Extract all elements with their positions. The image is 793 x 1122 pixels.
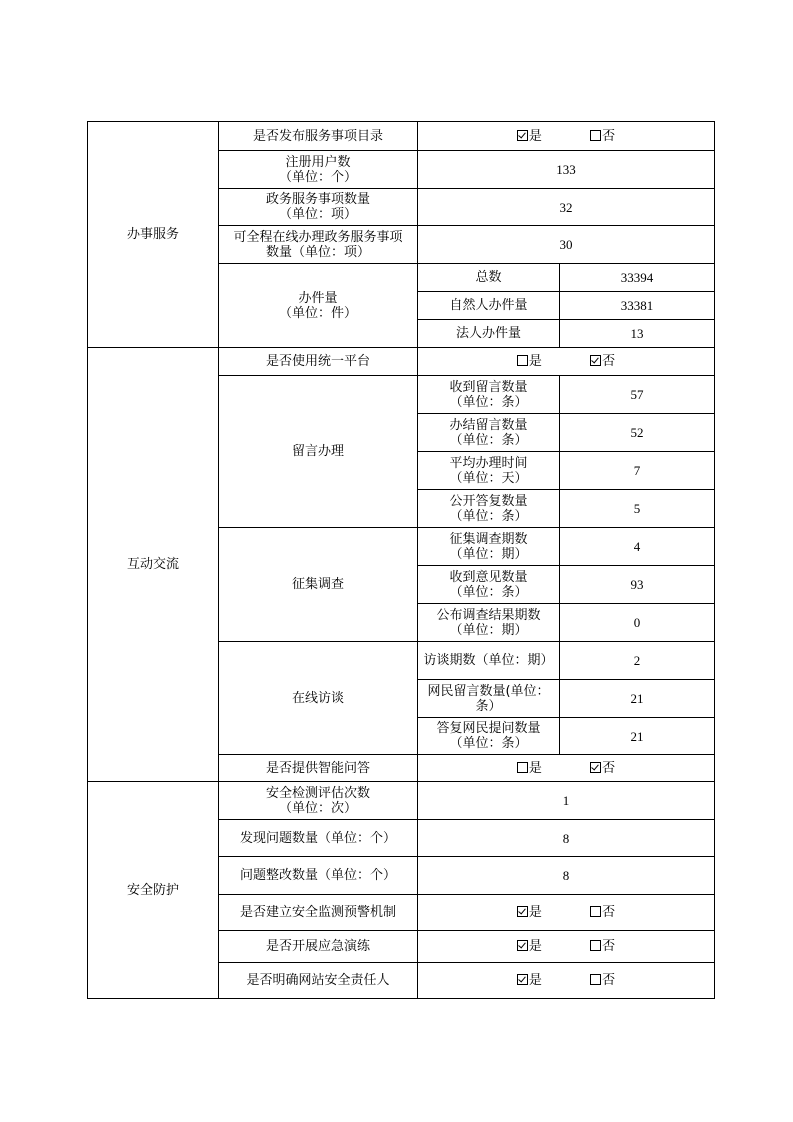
row-label: 是否发布服务事项目录 [219,122,418,151]
sub-label: 收到留言数量（单位：条） [418,376,560,414]
row-label: 是否开展应急演练 [219,931,418,963]
table-row: 互动交流 是否使用统一平台 是 否 [88,348,715,376]
sub-label: 收到意见数量（单位：条） [418,566,560,604]
value-cell: 13 [560,320,715,348]
value-cell: 52 [560,414,715,452]
website-report-table: 办事服务 是否发布服务事项目录 是 否 注册用户数（单位：个） 133 政务服务… [87,121,715,999]
sub-label: 公开答复数量（单位：条） [418,490,560,528]
group-label: 征集调查 [219,528,418,642]
checkbox-empty-icon[interactable] [590,906,601,917]
checkbox-checked-icon[interactable] [590,762,601,773]
value-cell: 2 [560,642,715,680]
sub-label: 平均办理时间（单位：天） [418,452,560,490]
row-label: 问题整改数量（单位：个） [219,857,418,895]
yes-no-field: 是 否 [418,931,715,963]
row-label: 是否使用统一平台 [219,348,418,376]
yes-no-field: 是 否 [418,755,715,782]
row-label: 是否提供智能问答 [219,755,418,782]
value-cell: 21 [560,718,715,755]
value-cell: 32 [418,189,715,226]
sub-label: 答复网民提问数量（单位：条） [418,718,560,755]
sub-label: 公布调查结果期数（单位：期） [418,604,560,642]
checkbox-checked-icon[interactable] [517,906,528,917]
row-label: 办件量（单位：件） [219,264,418,348]
sub-label: 网民留言数量(单位：条） [418,680,560,718]
row-label: 安全检测评估次数（单位：次） [219,782,418,820]
checkbox-empty-icon[interactable] [590,974,601,985]
value-cell: 8 [418,857,715,895]
table-row: 办事服务 是否发布服务事项目录 是 否 [88,122,715,151]
value-cell: 7 [560,452,715,490]
group-label: 留言办理 [219,376,418,528]
yes-no-field: 是 否 [418,122,715,151]
value-cell: 21 [560,680,715,718]
value-cell: 33394 [560,264,715,292]
row-label: 是否建立安全监测预警机制 [219,895,418,931]
checkbox-checked-icon[interactable] [517,940,528,951]
checkbox-checked-icon[interactable] [517,130,528,141]
value-cell: 0 [560,604,715,642]
sub-label: 法人办件量 [418,320,560,348]
sub-label: 自然人办件量 [418,292,560,320]
yes-no-field: 是 否 [418,963,715,999]
section-label-service: 办事服务 [88,122,219,348]
value-cell: 93 [560,566,715,604]
sub-label: 总数 [418,264,560,292]
sub-label: 办结留言数量（单位：条） [418,414,560,452]
value-cell: 133 [418,151,715,189]
value-cell: 8 [418,820,715,857]
sub-label: 访谈期数（单位：期） [418,642,560,680]
value-cell: 4 [560,528,715,566]
row-label: 是否明确网站安全责任人 [219,963,418,999]
value-cell: 5 [560,490,715,528]
table-row: 安全防护 安全检测评估次数（单位：次） 1 [88,782,715,820]
yes-no-field: 是 否 [418,895,715,931]
section-label-security: 安全防护 [88,782,219,999]
row-label: 发现问题数量（单位：个） [219,820,418,857]
row-label: 注册用户数（单位：个） [219,151,418,189]
section-label-interaction: 互动交流 [88,348,219,782]
checkbox-empty-icon[interactable] [590,940,601,951]
checkbox-empty-icon[interactable] [517,762,528,773]
row-label: 政务服务事项数量（单位：项） [219,189,418,226]
yes-no-field: 是 否 [418,348,715,376]
value-cell: 30 [418,226,715,264]
checkbox-checked-icon[interactable] [590,355,601,366]
row-label: 可全程在线办理政务服务事项数量（单位：项） [219,226,418,264]
value-cell: 57 [560,376,715,414]
group-label: 在线访谈 [219,642,418,755]
value-cell: 33381 [560,292,715,320]
value-cell: 1 [418,782,715,820]
checkbox-empty-icon[interactable] [590,130,601,141]
checkbox-empty-icon[interactable] [517,355,528,366]
checkbox-checked-icon[interactable] [517,974,528,985]
sub-label: 征集调查期数（单位：期） [418,528,560,566]
